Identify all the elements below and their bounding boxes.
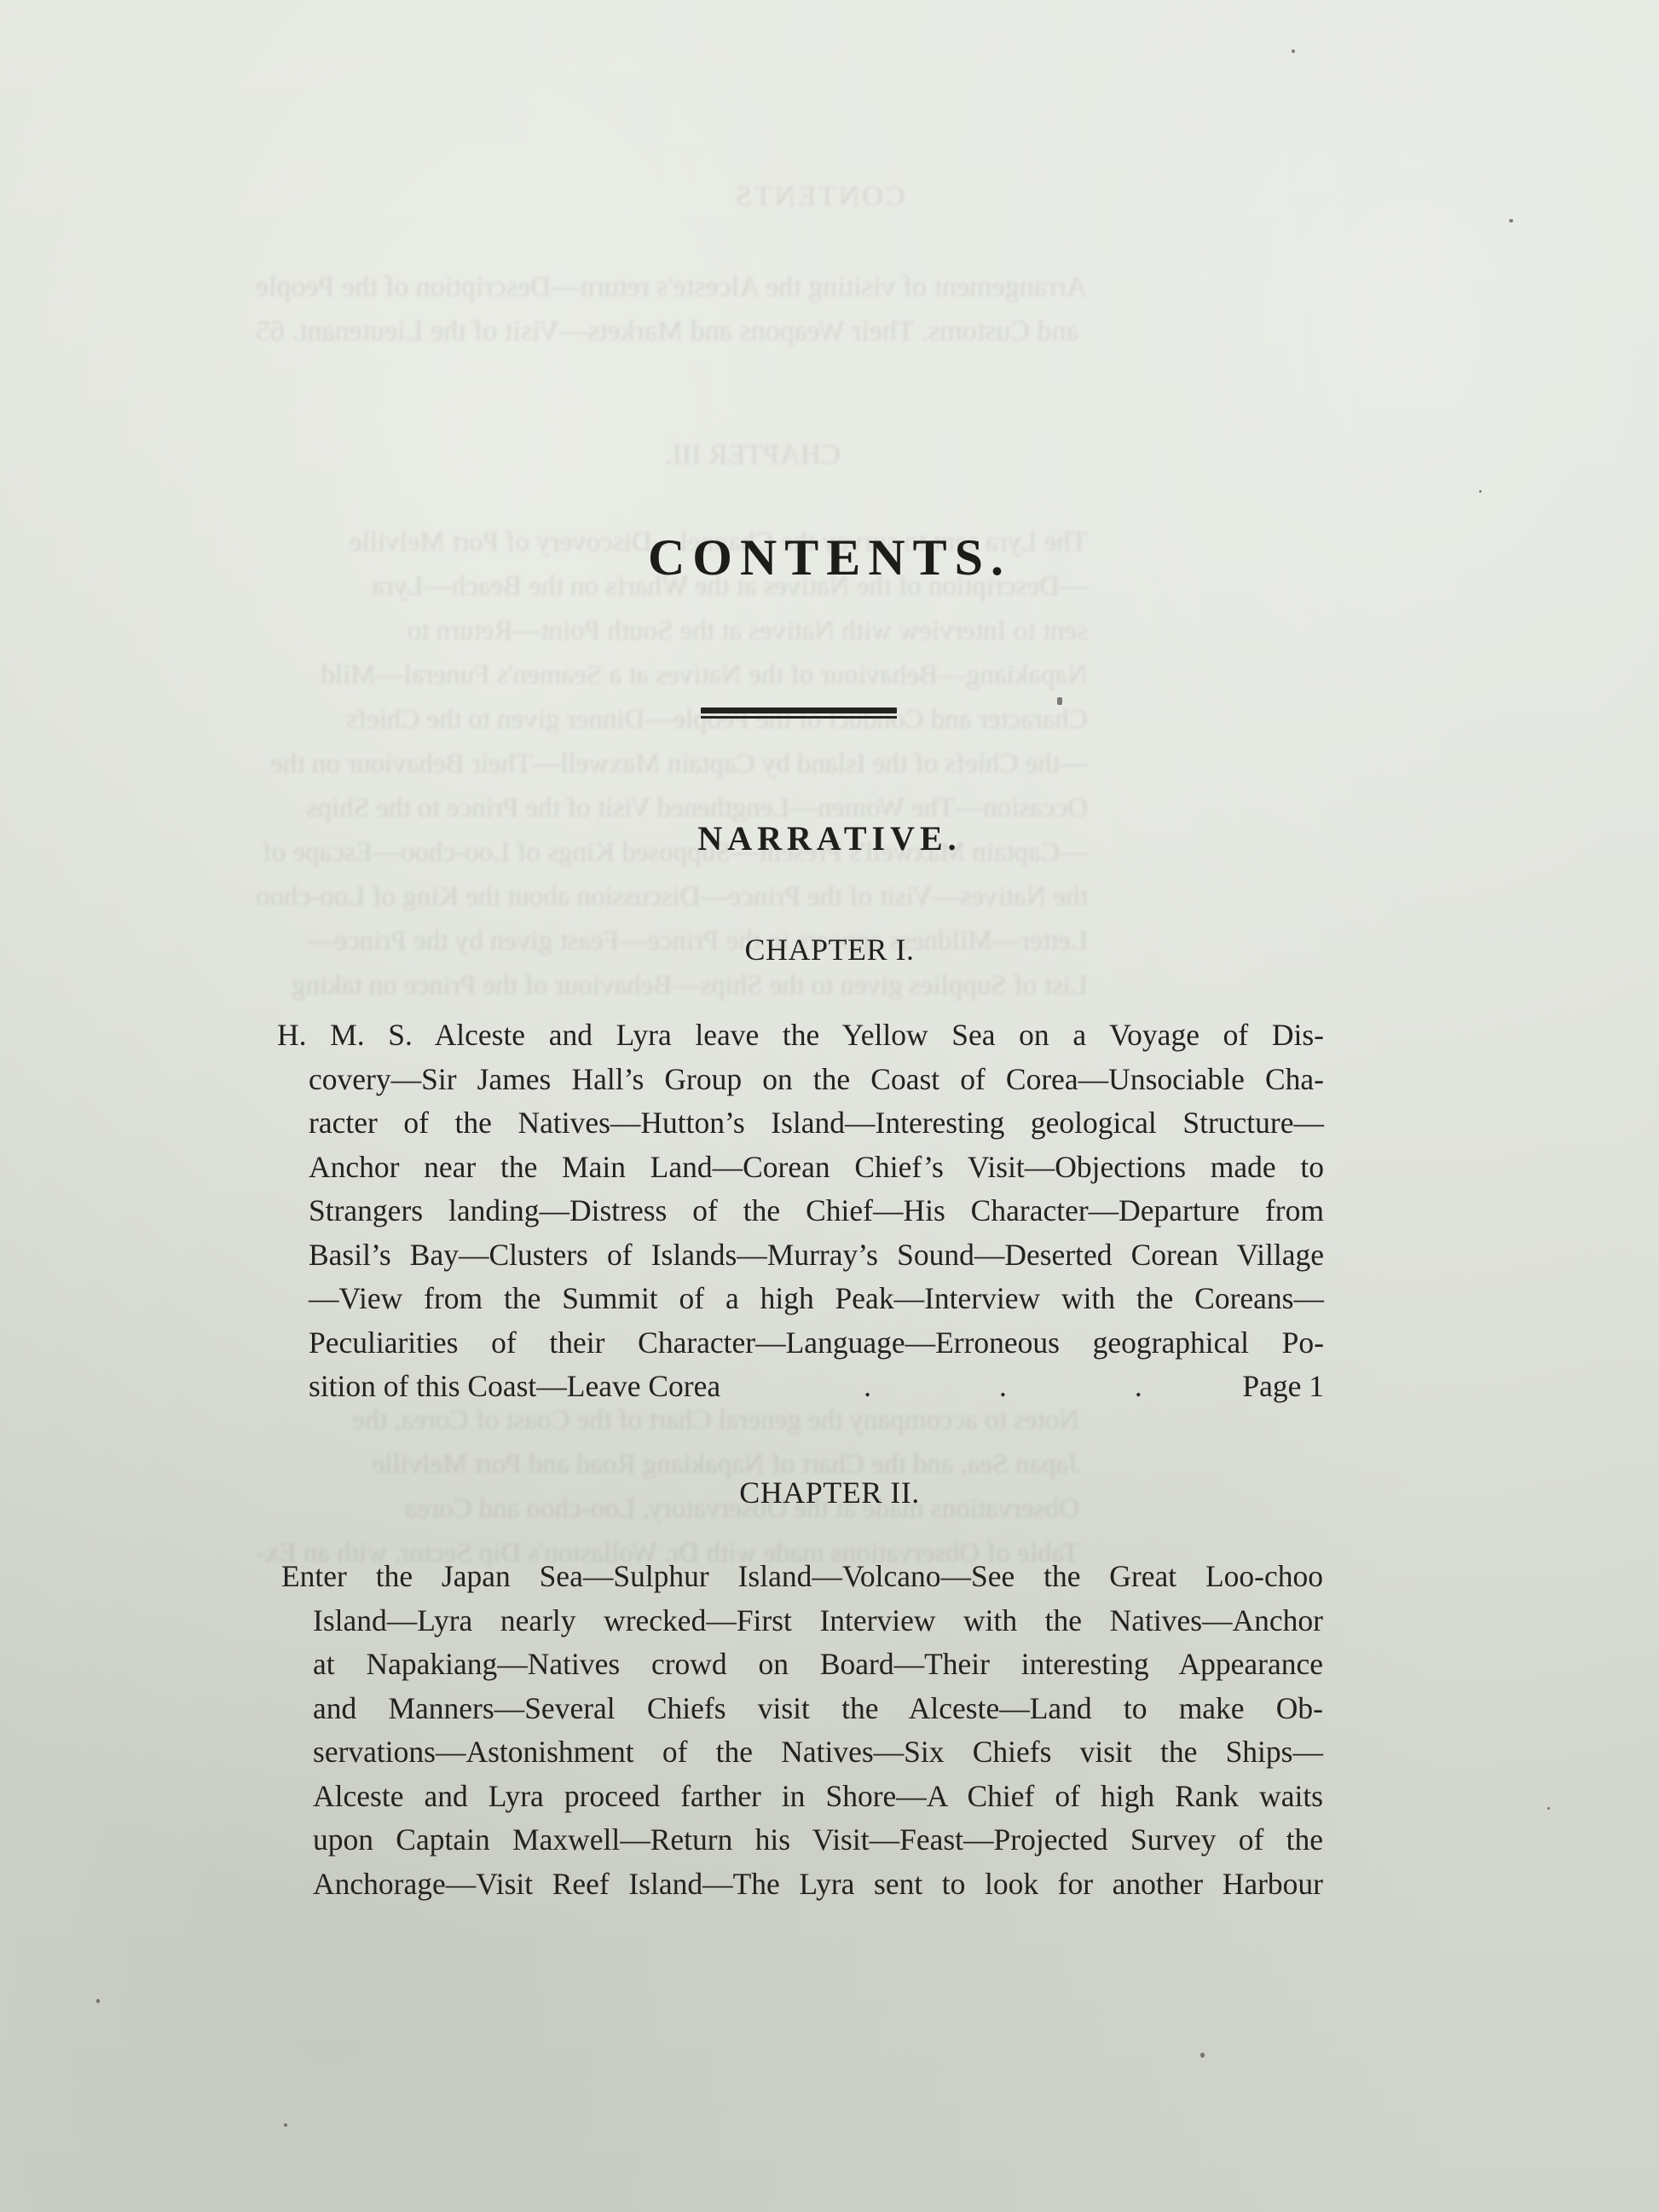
paper-speck bbox=[1200, 2053, 1205, 2058]
paper-speck bbox=[1057, 697, 1062, 705]
paper-speck bbox=[1292, 49, 1295, 53]
paper-speck bbox=[284, 2123, 287, 2127]
bleed-through-line: Arrangement of visiting the Alceste's re… bbox=[256, 271, 1087, 303]
paper-speck bbox=[96, 1999, 100, 2003]
bleed-through-header: CONTENTS bbox=[733, 181, 905, 213]
summary-line: H. M. S. Alceste and Lyra leave the Yell… bbox=[277, 1014, 1324, 1058]
summary-line: Anchor near the Main Land—Corean Chief’s… bbox=[309, 1146, 1324, 1190]
summary-line: —View from the Summit of a high Peak—Int… bbox=[309, 1277, 1324, 1321]
leader-dot: . bbox=[864, 1365, 871, 1409]
chapter-2-summary: Enter the Japan Sea—Sulphur Island—Volca… bbox=[281, 1555, 1323, 1906]
summary-line: Anchorage—Visit Reef Island—The Lyra sen… bbox=[313, 1863, 1323, 1907]
summary-line-text: sition of this Coast—Leave Corea bbox=[309, 1365, 720, 1409]
section-heading-narrative: NARRATIVE. bbox=[0, 818, 1659, 858]
summary-line: Enter the Japan Sea—Sulphur Island—Volca… bbox=[281, 1555, 1323, 1599]
summary-line: covery—Sir James Hall’s Group on the Coa… bbox=[309, 1058, 1324, 1102]
double-rule-divider bbox=[701, 707, 897, 719]
summary-line: Island—Lyra nearly wrecked—First Intervi… bbox=[313, 1599, 1323, 1643]
chapter-1-summary: H. M. S. Alceste and Lyra leave the Yell… bbox=[277, 1014, 1324, 1409]
summary-line: servations—Astonishment of the Natives—S… bbox=[313, 1730, 1323, 1775]
bleed-through-line: and Customs. Their Weapons and Markets—V… bbox=[256, 315, 1079, 348]
bleed-through-chapter: CHAPTER III. bbox=[665, 439, 841, 471]
book-page: CONTENTS Arrangement of visiting the Alc… bbox=[0, 0, 1659, 2212]
leader-dot: . bbox=[1135, 1365, 1142, 1409]
leader-dots: . . . bbox=[864, 1365, 1142, 1409]
summary-line: Peculiarities of their Character—Languag… bbox=[309, 1321, 1324, 1366]
summary-line: racter of the Natives—Hutton’s Island—In… bbox=[309, 1101, 1324, 1146]
page-reference: Page 1 bbox=[1242, 1365, 1324, 1409]
rule-thin-line bbox=[701, 716, 897, 719]
paper-speck bbox=[1547, 1807, 1550, 1810]
summary-line: and Manners—Several Chiefs visit the Alc… bbox=[313, 1687, 1323, 1731]
summary-line: Basil’s Bay—Clusters of Islands—Murray’s… bbox=[309, 1233, 1324, 1278]
paper-speck bbox=[1509, 219, 1513, 222]
summary-line: upon Captain Maxwell—Return his Visit—Fe… bbox=[313, 1818, 1323, 1863]
chapter-heading-1: CHAPTER I. bbox=[0, 932, 1659, 967]
chapter-heading-2: CHAPTER II. bbox=[0, 1475, 1659, 1510]
summary-line: at Napakiang—Natives crowd on Board—Thei… bbox=[313, 1643, 1323, 1687]
page-title: CONTENTS. bbox=[0, 528, 1659, 587]
leader-dot: . bbox=[999, 1365, 1007, 1409]
summary-line: Alceste and Lyra proceed farther in Shor… bbox=[313, 1775, 1323, 1819]
rule-thick-line bbox=[701, 707, 897, 713]
summary-line: Strangers landing—Distress of the Chief—… bbox=[309, 1189, 1324, 1233]
paper-speck bbox=[1479, 490, 1482, 493]
summary-line-with-page-ref: sition of this Coast—Leave Corea . . . P… bbox=[309, 1365, 1324, 1409]
